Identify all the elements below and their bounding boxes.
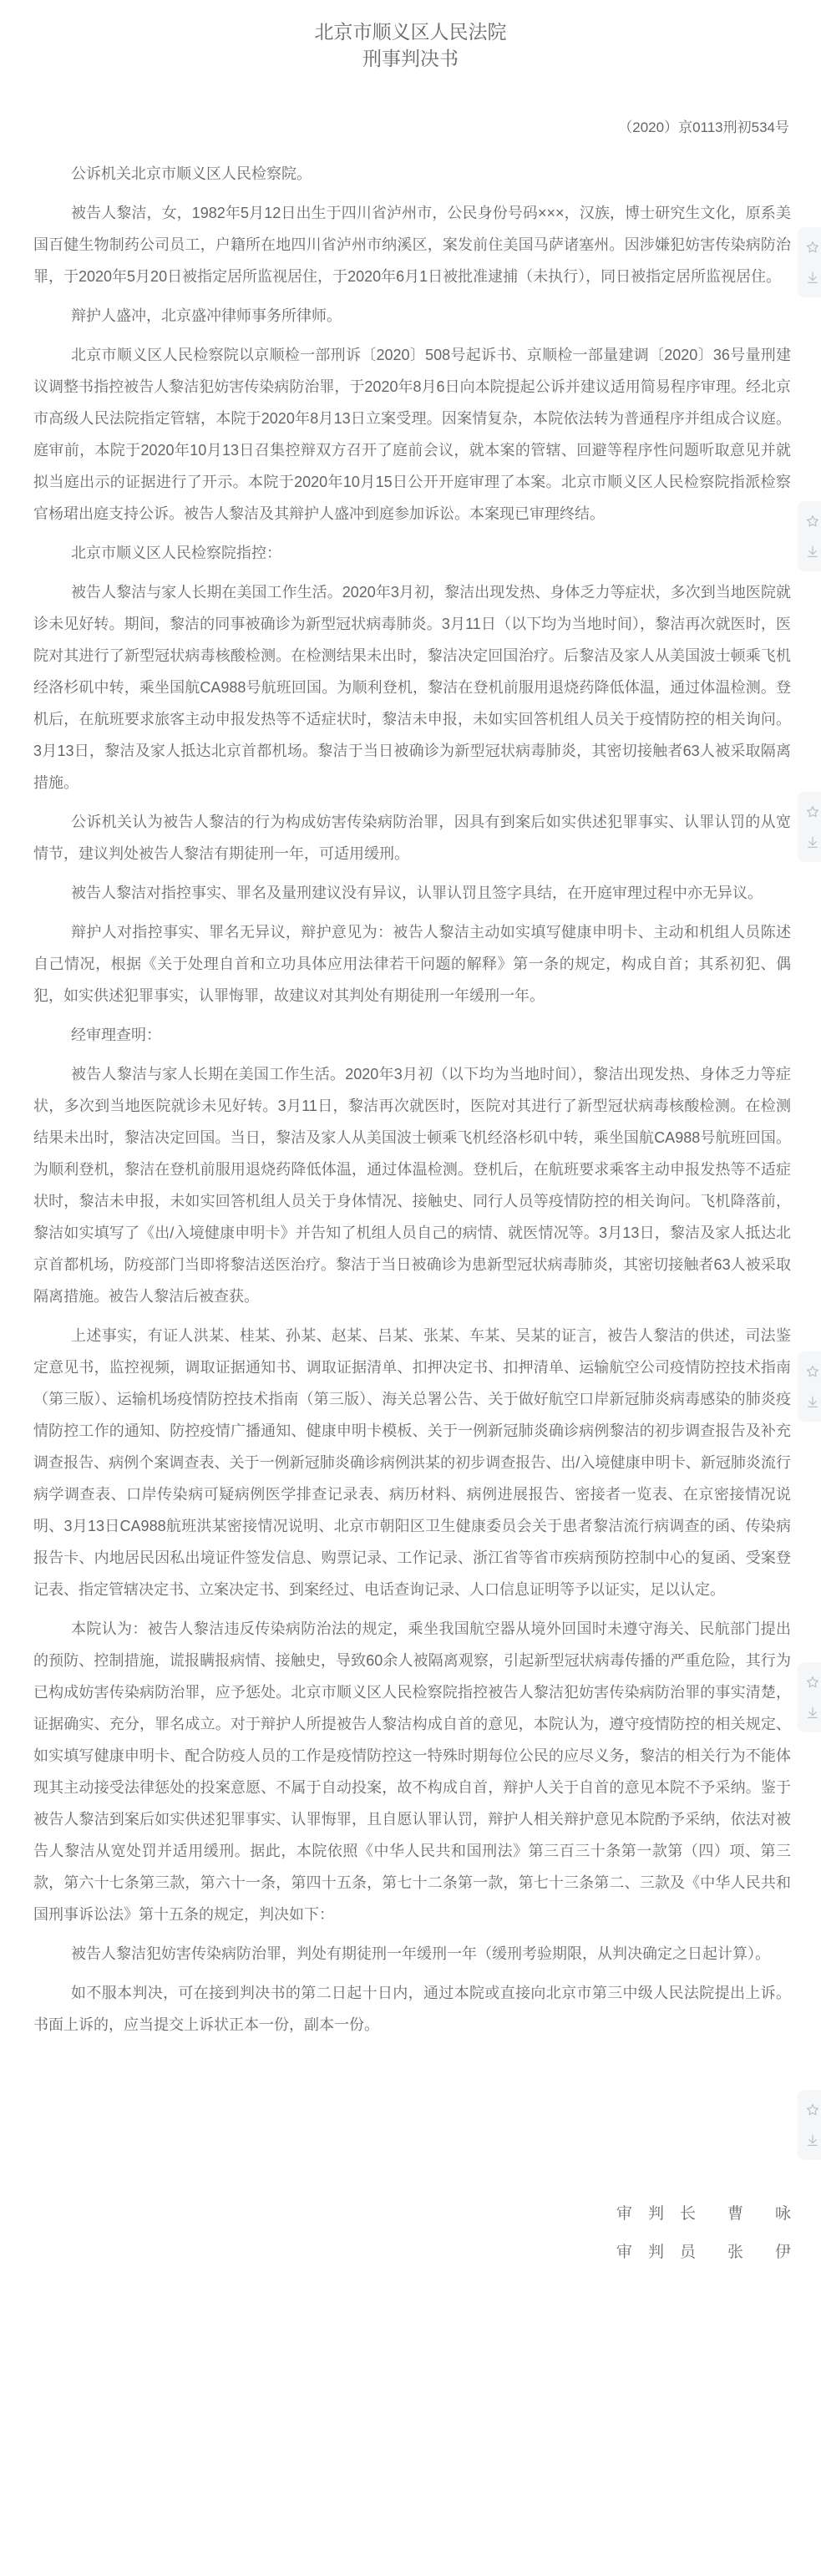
signature-line: 审 判 员 张 伊 [0, 2234, 791, 2272]
paragraph: 被告人黎洁与家人长期在美国工作生活。2020年3月初（以下均为当地时间），黎洁出… [33, 1058, 791, 1312]
doc-header: 北京市顺义区人民法院 刑事判决书 [0, 0, 821, 72]
signature-block: 审 判 长 曹 咏审 判 员 张 伊 [0, 2195, 821, 2280]
paragraph: 本院认为：被告人黎洁违反传染病防治法的规定，乘坐我国航空器从境外回国时未遵守海关… [33, 1613, 791, 1930]
star-icon[interactable] [805, 2102, 820, 2117]
paragraph: 公诉机关认为被告人黎洁的行为构成妨害传染病防治罪，因具有到案后如实供述犯罪事实、… [33, 806, 791, 870]
signature-line: 审 判 长 曹 咏 [0, 2195, 791, 2234]
paragraph: 如不服本判决，可在接到判决书的第二日起十日内，通过本院或直接向北京市第三中级人民… [33, 1977, 791, 2041]
floating-toolbar [798, 1351, 821, 1422]
download-icon[interactable] [805, 270, 820, 285]
paragraph: 被告人黎洁犯妨害传染病防治罪，判处有期徒刑一年缓刑一年（缓刑考验期限，从判决确定… [33, 1938, 791, 1970]
paragraph: 公诉机关北京市顺义区人民检察院。 [33, 158, 791, 190]
paragraph: 北京市顺义区人民检察院指控： [33, 537, 791, 569]
floating-toolbar [798, 2090, 821, 2160]
judgment-page: 北京市顺义区人民法院 刑事判决书 （2020）京0113刑初534号 公诉机关北… [0, 0, 821, 2576]
paragraph: 北京市顺义区人民检察院以京顺检一部刑诉〔2020〕508号起诉书、京顺检一部量建… [33, 339, 791, 530]
paragraph: 被告人黎洁，女，1982年5月12日出生于四川省泸州市，公民身份号码×××，汉族… [33, 197, 791, 292]
paragraph: 上述事实，有证人洪某、桂某、孙某、赵某、吕某、张某、车某、吴某的证言，被告人黎洁… [33, 1320, 791, 1605]
paragraph: 辩护人对指控事实、罪名无异议，辩护意见为：被告人黎洁主动如实填写健康申明卡、主动… [33, 916, 791, 1012]
floating-toolbar [798, 501, 821, 571]
download-icon[interactable] [805, 544, 820, 559]
paragraph: 辩护人盛冲，北京盛冲律师事务所律师。 [33, 300, 791, 332]
paragraph: 经审理查明： [33, 1019, 791, 1051]
floating-toolbar [798, 1662, 821, 1732]
download-icon[interactable] [805, 834, 820, 849]
star-icon[interactable] [805, 240, 820, 255]
doc-type-title: 刑事判决书 [0, 45, 821, 72]
star-icon[interactable] [805, 804, 820, 819]
paragraph: 被告人黎洁对指控事实、罪名及量刑建议没有异议，认罪认罚且签字具结，在开庭审理过程… [33, 877, 791, 909]
paragraph: 被告人黎洁与家人长期在美国工作生活。2020年3月初，黎洁出现发热、身体乏力等症… [33, 576, 791, 799]
floating-toolbar [798, 227, 821, 297]
judgment-paragraphs: 公诉机关北京市顺义区人民检察院。被告人黎洁，女，1982年5月12日出生于四川省… [0, 158, 821, 2041]
star-icon[interactable] [805, 1675, 820, 1690]
star-icon[interactable] [805, 1364, 820, 1379]
star-icon[interactable] [805, 514, 820, 529]
floating-toolbar [798, 792, 821, 862]
case-number: （2020）京0113刑初534号 [0, 115, 821, 136]
download-icon[interactable] [805, 1705, 820, 1720]
download-icon[interactable] [805, 1394, 820, 1409]
court-name: 北京市顺义区人民法院 [0, 18, 821, 45]
download-icon[interactable] [805, 2132, 820, 2148]
